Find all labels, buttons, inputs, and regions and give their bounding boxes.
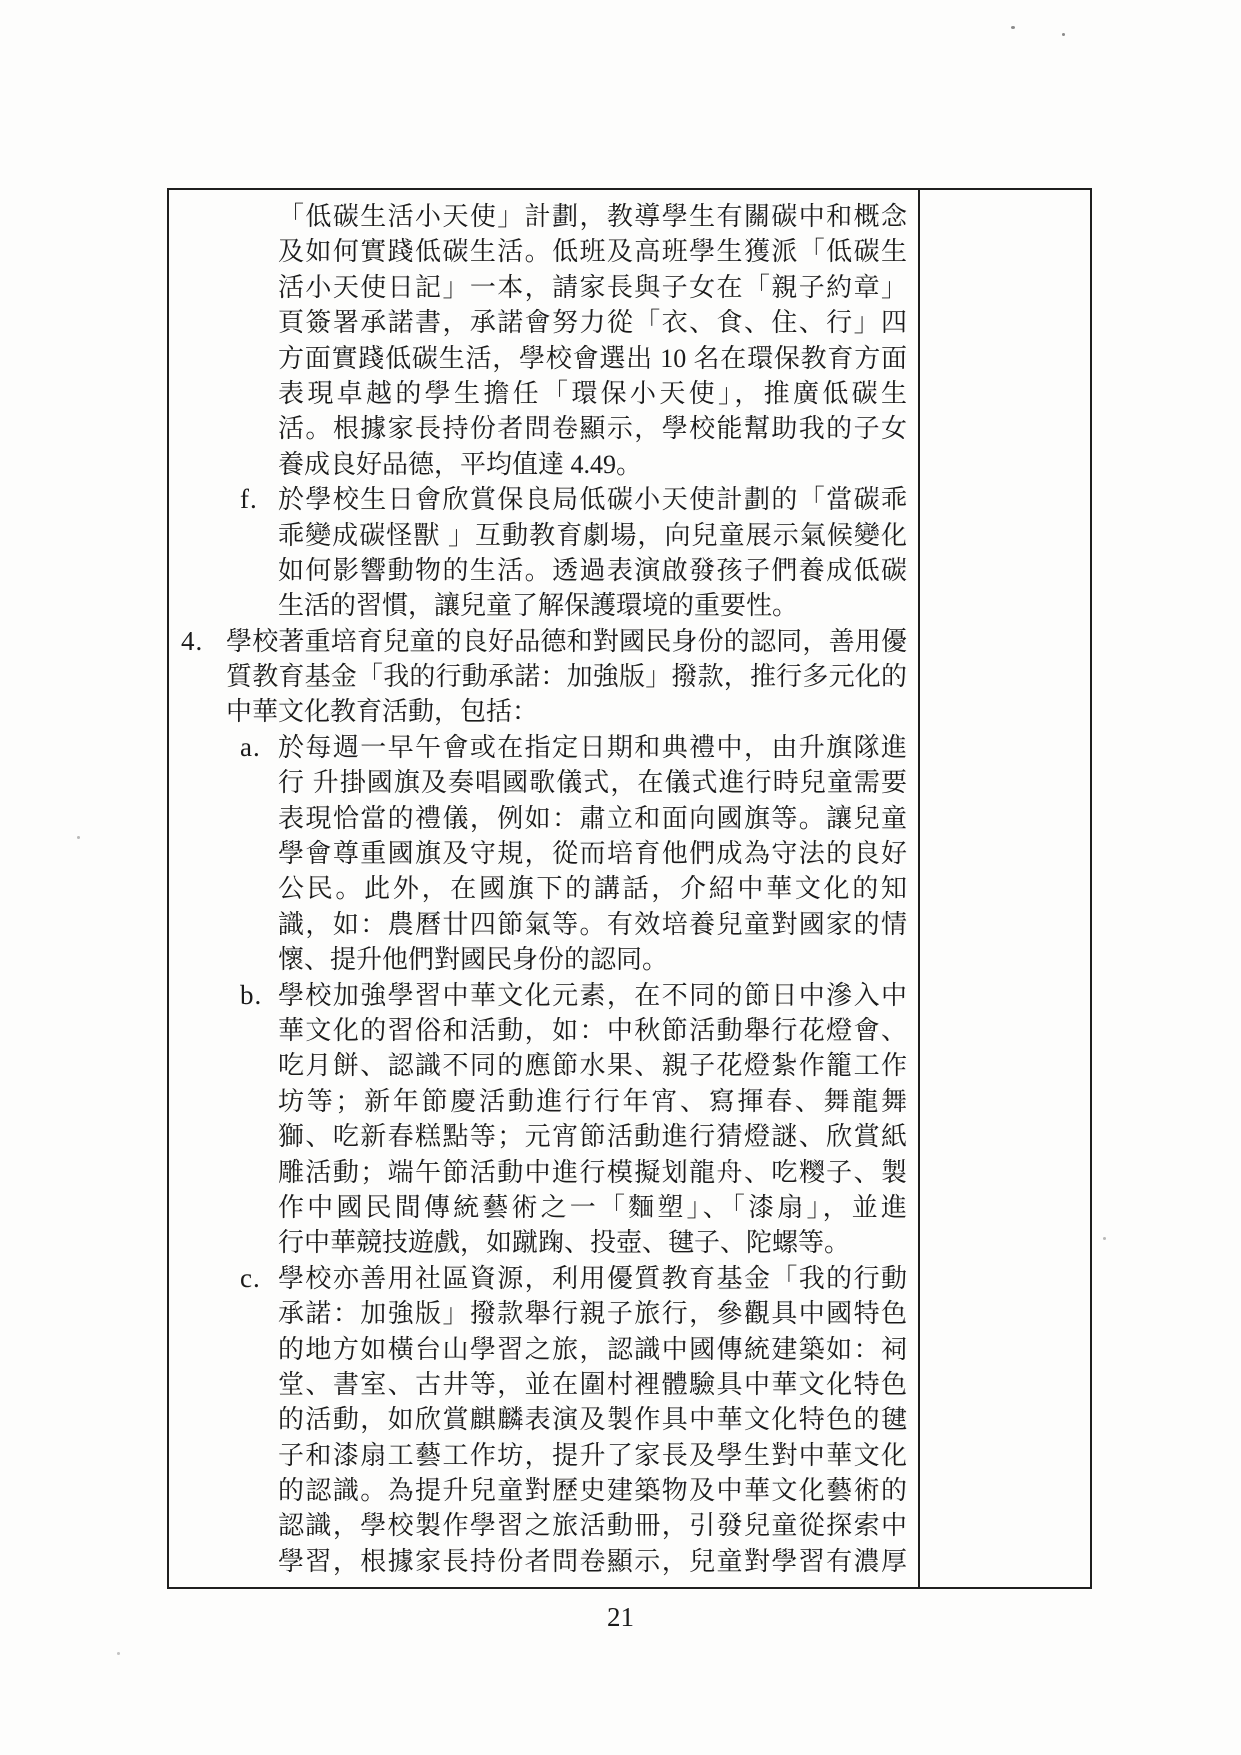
empty-side-column [920,190,1090,1587]
scan-speck [1011,26,1015,29]
text-line: 表現卓越的學生擔任「環保小天使」，推廣低碳生 [278,376,907,411]
scan-speck [117,1652,120,1655]
text-line: 生活的習慣，讓兒童了解保護環境的重要性。 [278,588,907,623]
list-marker-item-4c: c. [240,1261,261,1296]
text-line: 中華文化教育活動，包括： [226,694,907,729]
text-line: 及如何實踐低碳生活。低班及高班學生獲派「低碳生 [278,234,907,269]
text-line: 的認識。為提升兒童對歷史建築物及中華文化藝術的 [278,1473,907,1508]
text-line: 獅、吃新春糕點等；元宵節活動進行猜燈謎、欣賞紙 [278,1119,907,1154]
list-marker-item-4a: a. [240,730,261,765]
text-line: 質教育基金「我的行動承諾：加強版」撥款，推行多元化的 [226,659,907,694]
text-line: 活小天使日記」一本，請家長與子女在「親子約章」 [278,270,907,305]
text-line: 的地方如橫台山學習之旅，認識中國傳統建築如：祠 [278,1332,907,1367]
text-line: 承諾：加強版」撥款舉行親子旅行，參觀具中國特色 [278,1296,907,1331]
text-line: 作中國民間傳統藝術之一「麵塑」、「漆扇」，並進 [278,1190,907,1225]
item-4c: c.學校亦善用社區資源，利用優質教育基金「我的行動承諾：加強版」撥款舉行親子旅行… [169,1261,918,1580]
text-line: 堂、書室、古井等，並在圍村裡體驗具中華文化特色 [278,1367,907,1402]
text-line: 學習，根據家長持份者問卷顯示，兒童對學習有濃厚 [278,1544,907,1579]
text-line: 於學校生日會欣賞保良局低碳小天使計劃的「當碳乖 [278,482,907,517]
text-line: 子和漆扇工藝工作坊，提升了家長及學生對中華文化 [278,1438,907,1473]
scan-speck [77,836,80,839]
text-line: 坊等；新年節慶活動進行行年宵、寫揮春、舞龍舞 [278,1084,907,1119]
text-line: 活。根據家長持份者問卷顯示，學校能幫助我的子女 [278,411,907,446]
list-marker-item-4b: b. [240,978,262,1013]
text-line: 如何影響動物的生活。透過表演啟發孩子們養成低碳 [278,553,907,588]
text-line: 華文化的習俗和活動，如：中秋節活動舉行花燈會、 [278,1013,907,1048]
text-line: 方面實踐低碳生活，學校會選出 10 名在環保教育方面 [278,341,907,376]
text-line: 學會尊重國旗及守規，從而培育他們成為守法的良好 [278,836,907,871]
list-marker-item-4: 4. [181,624,203,659]
scanned-document-page: 「低碳生活小天使」計劃，教導學生有關碳中和概念及如何實踐低碳生活。低班及高班學生… [0,0,1241,1755]
text-line: 學校著重培育兒童的良好品德和對國民身份的認同，善用優 [226,624,907,659]
list-marker-item-f: f. [240,482,258,517]
text-line: 認識，學校製作學習之旅活動冊，引發兒童從探索中 [278,1508,907,1543]
page-number: 21 [0,1602,1241,1633]
text-line: 「低碳生活小天使」計劃，教導學生有關碳中和概念 [278,199,907,234]
scan-speck [1103,1237,1106,1240]
text-line: 公民。此外，在國旗下的講話，介紹中華文化的知 [278,871,907,906]
text-line: 吃月餅、認識不同的應節水果、親子花燈紮作籠工作 [278,1048,907,1083]
text-line: 頁簽署承諾書，承諾會努力從「衣、食、住、行」四 [278,305,907,340]
main-column: 「低碳生活小天使」計劃，教導學生有關碳中和概念及如何實踐低碳生活。低班及高班學生… [169,190,920,1587]
text-line: 學校亦善用社區資源，利用優質教育基金「我的行動 [278,1261,907,1296]
text-line: 識，如：農曆廿四節氣等。有效培養兒童對國家的情 [278,907,907,942]
text-line: 乖變成碳怪獸 」互動教育劇場，向兒童展示氣候變化 [278,518,907,553]
text-line: 於每週一早午會或在指定日期和典禮中，由升旗隊進 [278,730,907,765]
item-4: 4.學校著重培育兒童的良好品德和對國民身份的認同，善用優質教育基金「我的行動承諾… [169,624,918,730]
item-e-continuation: 「低碳生活小天使」計劃，教導學生有關碳中和概念及如何實踐低碳生活。低班及高班學生… [169,199,918,482]
text-line: 懷、提升他們對國民身份的認同。 [278,942,907,977]
item-4a: a.於每週一早午會或在指定日期和典禮中，由升旗隊進行 升掛國旗及奏唱國歌儀式，在… [169,730,918,978]
text-line: 學校加強學習中華文化元素，在不同的節日中滲入中 [278,978,907,1013]
text-line: 雕活動；端午節活動中進行模擬划龍舟、吃糭子、製 [278,1155,907,1190]
text-line: 養成良好品德，平均值達 4.49。 [278,447,907,482]
text-line: 的活動，如欣賞麒麟表演及製作具中華文化特色的毽 [278,1402,907,1437]
item-f: f.於學校生日會欣賞保良局低碳小天使計劃的「當碳乖乖變成碳怪獸 」互動教育劇場，… [169,482,918,624]
text-line: 行中華競技遊戲，如蹴踘、投壺、毽子、陀螺等。 [278,1225,907,1260]
text-line: 表現恰當的禮儀，例如：肅立和面向國旗等。讓兒童 [278,801,907,836]
scan-speck [1062,33,1065,36]
item-4b: b.學校加強學習中華文化元素，在不同的節日中滲入中華文化的習俗和活動，如：中秋節… [169,978,918,1261]
text-line: 行 升掛國旗及奏唱國歌儀式，在儀式進行時兒童需要 [278,765,907,800]
report-table: 「低碳生活小天使」計劃，教導學生有關碳中和概念及如何實踐低碳生活。低班及高班學生… [167,188,1092,1589]
